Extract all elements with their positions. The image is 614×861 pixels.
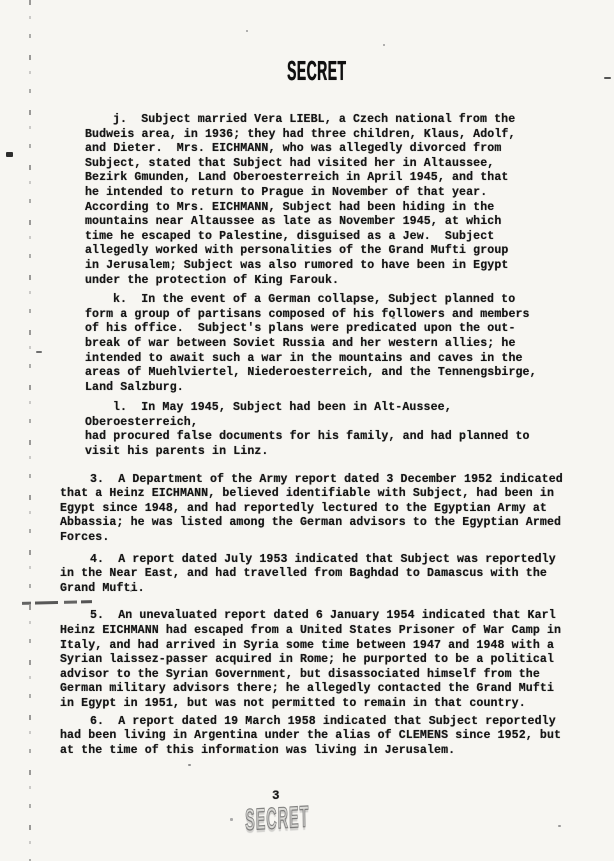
scan-artifact-speck (230, 818, 233, 821)
scan-artifact-speck (130, 590, 132, 592)
page-number: 3 (272, 789, 280, 803)
scan-artifact-speck (246, 30, 248, 32)
classification-stamp-top: SECRET (287, 58, 346, 86)
document-page: SECRET j. Subject married Vera LIEBL, a … (0, 0, 614, 861)
paragraph-3: 3. A Department of the Army report dated… (60, 473, 565, 546)
scan-artifact-speck (383, 44, 385, 46)
scan-artifact-speck (188, 764, 191, 766)
paragraph-j: j. Subject married Vera LIEBL, a Czech n… (60, 113, 565, 288)
paragraph-l: l. In May 1945, Subject had been in Alt-… (60, 401, 565, 459)
scan-artifact-speck (6, 152, 13, 157)
document-body: j. Subject married Vera LIEBL, a Czech n… (60, 113, 565, 758)
scan-artifact-speck (604, 77, 611, 79)
scan-artifact-speck (36, 351, 42, 353)
scan-artifact-speck (558, 825, 561, 827)
paragraph-k: k. In the event of a German collapse, Su… (60, 293, 565, 395)
classification-stamp-bottom: SECRET (245, 803, 310, 836)
paragraph-5: 5. An unevaluated report dated 6 January… (60, 609, 565, 711)
scan-artifact-speck (392, 317, 395, 319)
scan-artifact-binding-marks (29, 0, 31, 861)
paragraph-4: 4. A report dated July 1953 indicated th… (60, 553, 565, 597)
paragraph-6: 6. A report dated 19 March 1958 indicate… (60, 715, 565, 759)
